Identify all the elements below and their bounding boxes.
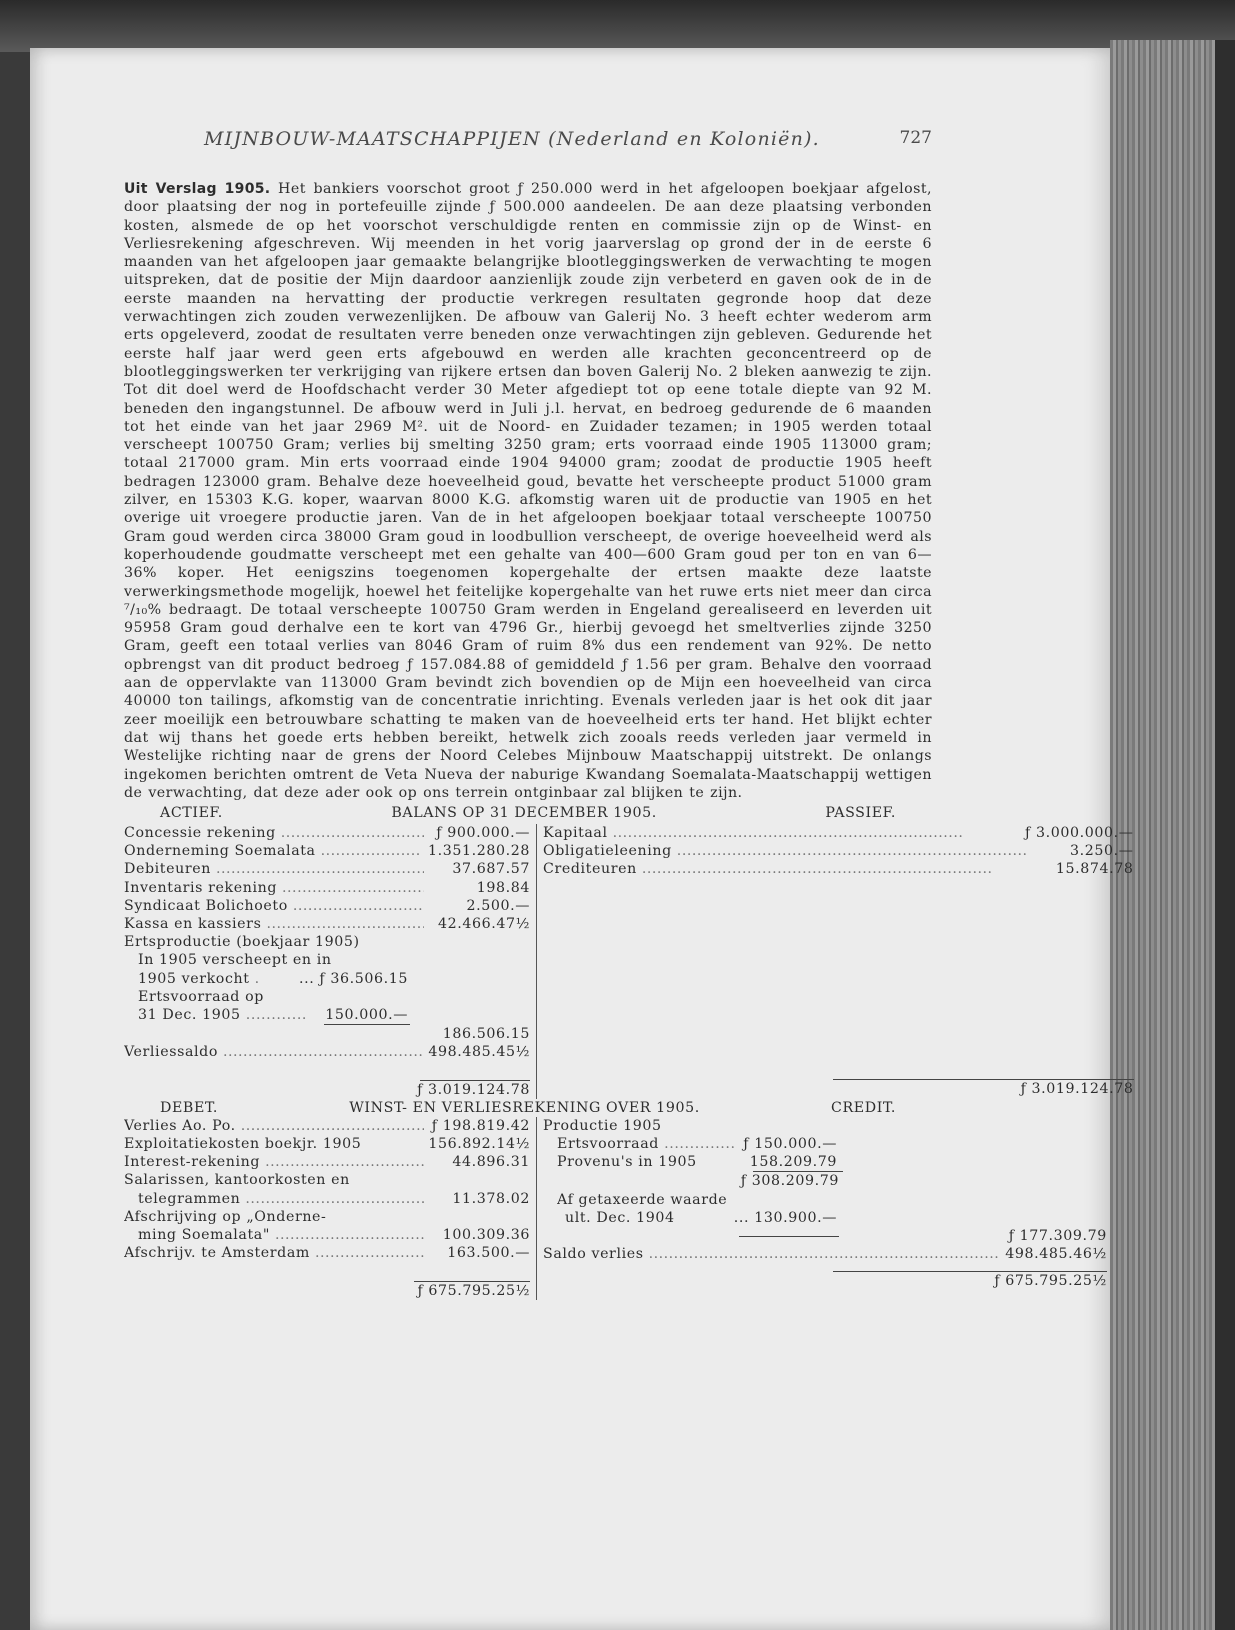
credit-net: ƒ 177.309.79 bbox=[839, 1227, 1107, 1245]
debit-row: Salarissen, kantoorkosten en bbox=[124, 1171, 530, 1189]
asset-row: Verliessaldo498.485.45½ bbox=[124, 1043, 530, 1061]
debit-row: Afschrijving op „Onderne- bbox=[124, 1208, 530, 1226]
asset-subrow: Ertsvoorraad op bbox=[124, 988, 530, 1006]
asset-subrow: 1905 verkocht ... ƒ 36.506.15 bbox=[124, 970, 530, 988]
credit-subrow: Ertsvoorraad ƒ 150.000.— bbox=[543, 1135, 1107, 1153]
liability-row: Crediteuren15.874.78 bbox=[543, 860, 1134, 878]
liabilities-total: ƒ 3.019.124.78 bbox=[543, 1080, 1134, 1098]
asset-row: Ertsproductie (boekjaar 1905) bbox=[124, 933, 530, 951]
debit-total: ƒ 675.795.25½ bbox=[124, 1282, 530, 1300]
asset-row: Concessie rekeningƒ 900.000.— bbox=[124, 824, 530, 842]
page-number: 727 bbox=[900, 128, 932, 148]
running-head: MIJNBOUW-MAATSCHAPPIJEN (Nederland en Ko… bbox=[124, 128, 932, 158]
liability-row: Kapitaalƒ 3.000.000.— bbox=[543, 824, 1134, 842]
pl-heading: DEBET. WINST- EN VERLIESREKENING OVER 19… bbox=[124, 1099, 932, 1117]
credit-subrow: ult. Dec. 1904 ... 130.900.— bbox=[543, 1209, 1107, 1227]
report-lead: Uit Verslag 1905. bbox=[124, 181, 270, 197]
report-text: Het bankiers voorschot groot ƒ 250.000 w… bbox=[124, 181, 932, 801]
assets-total: ƒ 3.019.124.78 bbox=[124, 1081, 530, 1099]
asset-subrow: In 1905 verscheept en in bbox=[124, 951, 530, 969]
credit-total: ƒ 675.795.25½ bbox=[543, 1272, 1107, 1290]
debit-row: Afschrijv. te Amsterdam163.500.— bbox=[124, 1244, 530, 1262]
assets-column: Concessie rekeningƒ 900.000.—Onderneming… bbox=[124, 824, 537, 1099]
asset-subrow: 31 Dec. 1905 150.000.— bbox=[124, 1006, 530, 1024]
asset-row: Debiteuren37.687.57 bbox=[124, 860, 530, 878]
debit-column: Verlies Ao. Po.ƒ 198.819.42Exploitatieko… bbox=[124, 1117, 537, 1300]
credit-subrow: Provenu's in 1905 158.209.79 bbox=[543, 1153, 1107, 1171]
book-spine bbox=[1215, 40, 1235, 1630]
balance-sheet: ACTIEF. BALANS OP 31 DECEMBER 1905. PASS… bbox=[124, 804, 932, 1099]
liability-row: Obligatieleening3.250.— bbox=[543, 842, 1134, 860]
asset-row: Inventaris rekening198.84 bbox=[124, 879, 530, 897]
balance-title: BALANS OP 31 DECEMBER 1905. bbox=[391, 804, 657, 824]
liabilities-column: Kapitaalƒ 3.000.000.—Obligatieleening3.2… bbox=[537, 824, 1134, 1099]
credit-productie: Productie 1905 bbox=[543, 1117, 1107, 1135]
credit-row: Saldo verlies498.485.46½ bbox=[543, 1245, 1107, 1263]
pl-right-heading: CREDIT. bbox=[831, 1099, 932, 1117]
balance-right-heading: PASSIEF. bbox=[825, 804, 932, 824]
asset-row: Syndicaat Bolichoeto2.500.— bbox=[124, 897, 530, 915]
debit-row: Exploitatiekosten boekjr. 1905156.892.14… bbox=[124, 1135, 530, 1153]
debit-row: Verlies Ao. Po.ƒ 198.819.42 bbox=[124, 1117, 530, 1135]
scan-top-edge bbox=[0, 0, 1235, 52]
asset-row: Onderneming Soemalata1.351.280.28 bbox=[124, 842, 530, 860]
running-title: MIJNBOUW-MAATSCHAPPIJEN (Nederland en Ko… bbox=[204, 128, 820, 150]
asset-row: Kassa en kassiers42.466.47½ bbox=[124, 915, 530, 933]
pl-title: WINST- EN VERLIESREKENING OVER 1905. bbox=[349, 1099, 700, 1117]
asset-subtotal: 186.506.15 bbox=[124, 1025, 530, 1043]
page-content: MIJNBOUW-MAATSCHAPPIJEN (Nederland en Ko… bbox=[124, 128, 932, 1300]
report-paragraph: Uit Verslag 1905. Het bankiers voorschot… bbox=[124, 180, 932, 802]
credit-subtotal: ƒ 308.209.79 bbox=[543, 1172, 839, 1190]
balance-heading: ACTIEF. BALANS OP 31 DECEMBER 1905. PASS… bbox=[124, 804, 932, 824]
pl-left-heading: DEBET. bbox=[124, 1099, 218, 1117]
credit-af-line: Af getaxeerde waarde bbox=[557, 1191, 1107, 1209]
profit-loss-account: DEBET. WINST- EN VERLIESREKENING OVER 19… bbox=[124, 1099, 932, 1300]
balance-left-heading: ACTIEF. bbox=[124, 804, 223, 824]
credit-column: Productie 1905 Ertsvoorraad ƒ 150.000.— … bbox=[537, 1117, 1107, 1300]
debit-row: Interest-rekening44.896.31 bbox=[124, 1153, 530, 1171]
debit-row: telegrammen11.378.02 bbox=[124, 1190, 530, 1208]
debit-row: ming Soemalata"100.309.36 bbox=[124, 1226, 530, 1244]
